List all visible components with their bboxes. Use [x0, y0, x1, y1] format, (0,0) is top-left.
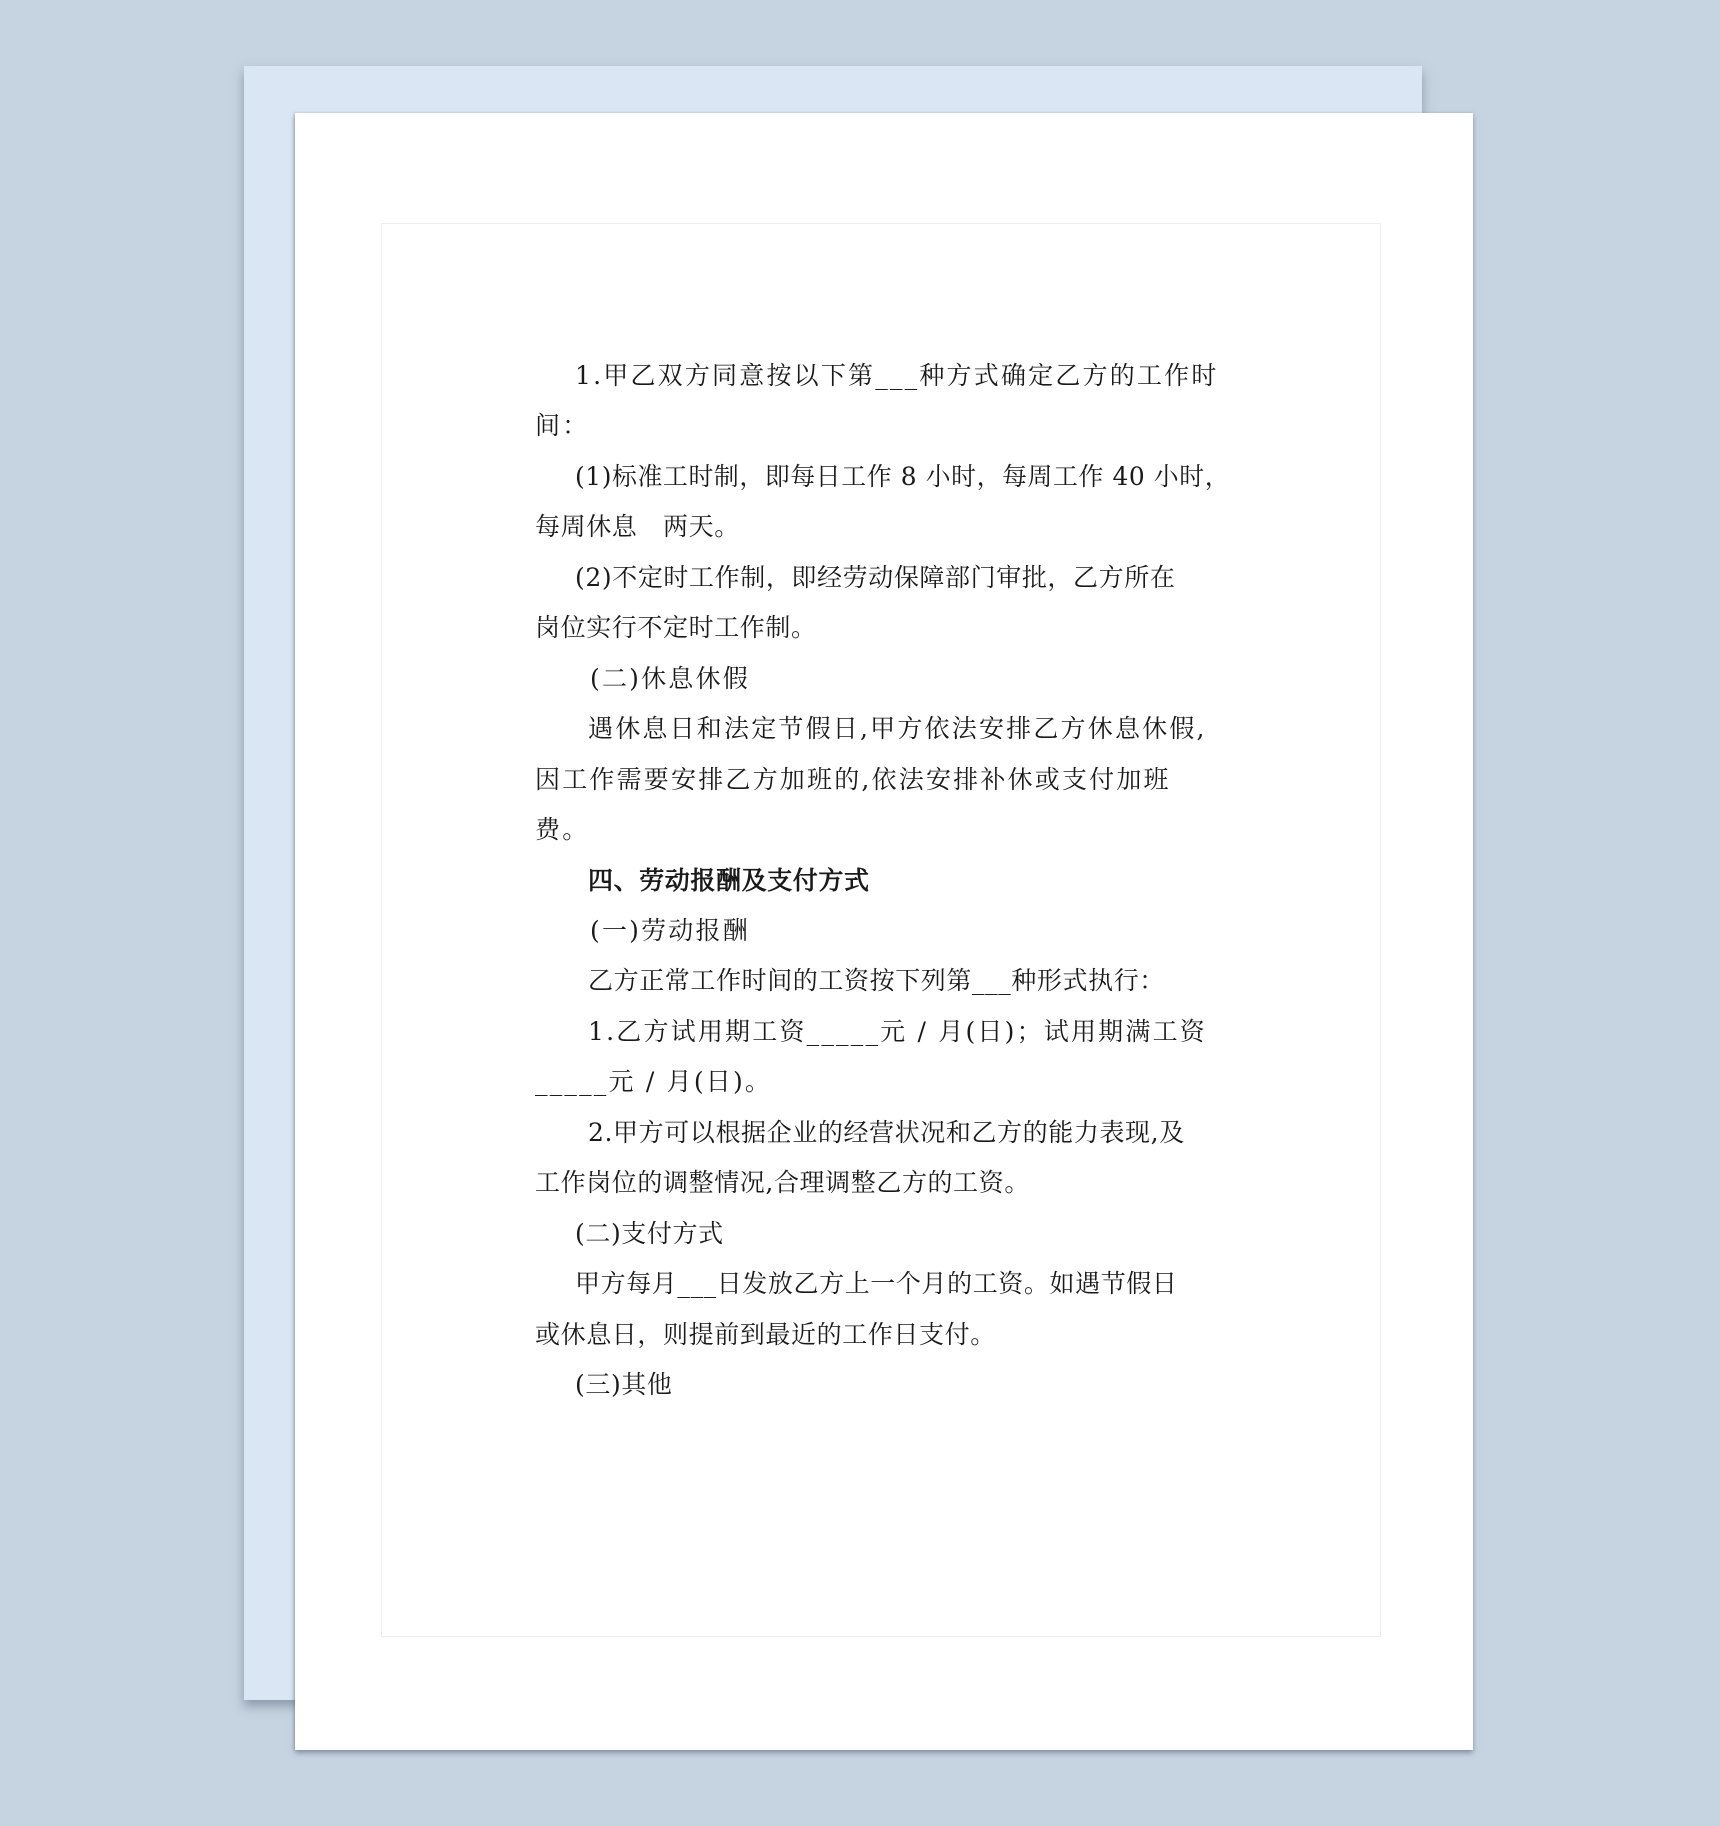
subsection-heading: (一)劳动报酬	[590, 916, 750, 946]
subsection-heading: (二)支付方式	[575, 1219, 724, 1249]
paragraph-line: (1)标准工时制，即每日工作 8 小时，每周工作 40 小时，	[575, 462, 1230, 492]
paragraph-line: 因工作需要安排乙方加班的,依法安排补休或支付加班	[535, 765, 1171, 795]
section-heading: 四、劳动报酬及支付方式	[588, 866, 870, 896]
subsection-heading: (二)休息休假	[590, 664, 750, 694]
subsection-heading: (三)其他	[575, 1370, 673, 1400]
paragraph-line: 1.甲乙双方同意按以下第___种方式确定乙方的工作时	[575, 361, 1219, 391]
paragraph-line: _____元 / 月(日)。	[535, 1067, 772, 1097]
paragraph-line: 乙方正常工作时间的工资按下列第___种形式执行：	[588, 966, 1165, 996]
paragraph-line: 费。	[535, 815, 589, 845]
paragraph-line: 岗位实行不定时工作制。	[535, 613, 817, 643]
paragraph-line: 每周休息 两天。	[535, 512, 740, 542]
paragraph-line: 甲方每月___日发放乙方上一个月的工资。如遇节假日	[575, 1269, 1178, 1299]
paragraph-line: 或休息日，则提前到最近的工作日支付。	[535, 1320, 996, 1350]
paragraph-line: 1.乙方试用期工资_____元 / 月(日)；试用期满工资	[588, 1017, 1207, 1047]
paragraph-line: 遇休息日和法定节假日,甲方依法安排乙方休息休假,	[588, 714, 1207, 744]
paragraph-line: 2.甲方可以根据企业的经营状况和乙方的能力表现,及	[588, 1118, 1185, 1148]
paragraph-line: (2)不定时工作制，即经劳动保障部门审批，乙方所在	[575, 563, 1175, 593]
paragraph-line: 工作岗位的调整情况,合理调整乙方的工资。	[535, 1168, 1030, 1198]
document-body: 1.甲乙双方同意按以下第___种方式确定乙方的工作时 间： (1)标准工时制，即…	[0, 0, 1720, 1826]
paragraph-line: 间：	[535, 411, 589, 441]
